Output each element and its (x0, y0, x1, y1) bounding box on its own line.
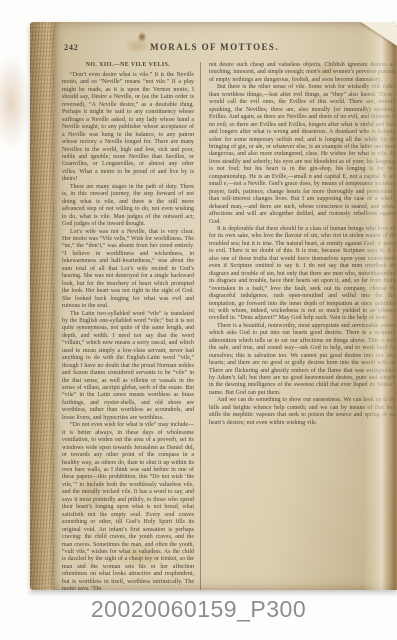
paragraph: Lot’s wife was not a Neville, that is ve… (62, 229, 194, 311)
paragraph: “Don’t even desire what is vile.” It is … (62, 72, 194, 184)
paragraph: There are many stages in the path of dut… (62, 184, 194, 229)
book-page-scan: 242 MORALS OF MOTTOES. NO. XIII.—NE VILE… (30, 22, 397, 590)
section-heading: NO. XIII.—NE VILE VELIS. (62, 62, 194, 68)
scan-id-label: 20020060159_P300 (0, 596, 397, 623)
book-page: 242 MORALS OF MOTTOES. NO. XIII.—NE VILE… (54, 22, 397, 590)
printed-page-content: 242 MORALS OF MOTTOES. NO. XIII.—NE VILE… (62, 42, 397, 584)
book-page-edges (30, 22, 54, 590)
scan-background: 242 MORALS OF MOTTOES. NO. XIII.—NE VILE… (0, 0, 397, 640)
paragraph: The Latin two-syllabled word “vile” is t… (62, 311, 194, 423)
running-header: MORALS OF MOTTOES. (62, 42, 367, 52)
page-curl (363, 22, 397, 590)
page-header: 242 MORALS OF MOTTOES. (62, 42, 367, 54)
page-number: 242 (64, 42, 78, 52)
left-column: NO. XIII.—NE VILE VELIS. “Don’t even des… (62, 62, 194, 590)
page-corner-fold (361, 22, 397, 46)
background-stain (0, 55, 30, 150)
two-column-text: NO. XIII.—NE VILE VELIS. “Don’t even des… (62, 62, 397, 590)
paragraph: “Do not even wish for what is vile” may … (62, 422, 194, 590)
column-divider-rule (200, 62, 201, 590)
